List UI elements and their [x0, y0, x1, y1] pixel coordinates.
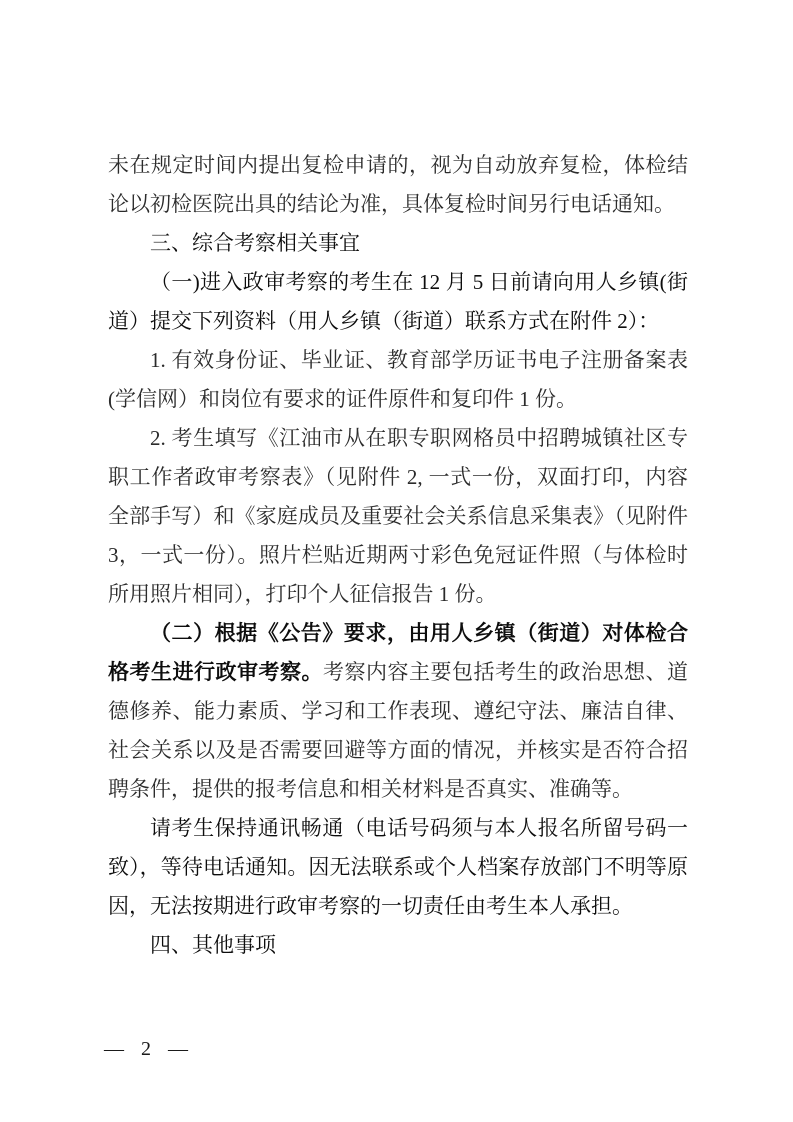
section-heading-three: 三、综合考察相关事宜 [108, 224, 688, 263]
paragraph-material-1: 1. 有效身份证、毕业证、教育部学历证书电子注册备案表(学信网）和岗位有要求的证… [108, 341, 688, 419]
paragraph-contact-notice: 请考生保持通讯畅通（电话号码须与本人报名所留号码一致），等待电话通知。因无法联系… [108, 809, 688, 926]
paragraph-section-two: （二）根据《公告》要求，由用人乡镇（街道）对体检合格考生进行政审考察。考察内容主… [108, 614, 688, 809]
document-page: 未在规定时间内提出复检申请的，视为自动放弃复检，体检结论以初检医院出具的结论为准… [0, 0, 793, 1122]
document-body: 未在规定时间内提出复检申请的，视为自动放弃复检，体检结论以初检医院出具的结论为准… [108, 146, 688, 965]
paragraph-material-2: 2. 考生填写《江油市从在职专职网格员中招聘城镇社区专职工作者政审考察表》（见附… [108, 419, 688, 614]
section-heading-four: 四、其他事项 [108, 926, 688, 965]
paragraph-section-one: （一)进入政审考察的考生在 12 月 5 日前请向用人乡镇(街道）提交下列资料（… [108, 263, 688, 341]
paragraph-recheck-continuation: 未在规定时间内提出复检申请的，视为自动放弃复检，体检结论以初检医院出具的结论为准… [108, 146, 688, 224]
page-number: — 2 — [104, 1034, 194, 1064]
